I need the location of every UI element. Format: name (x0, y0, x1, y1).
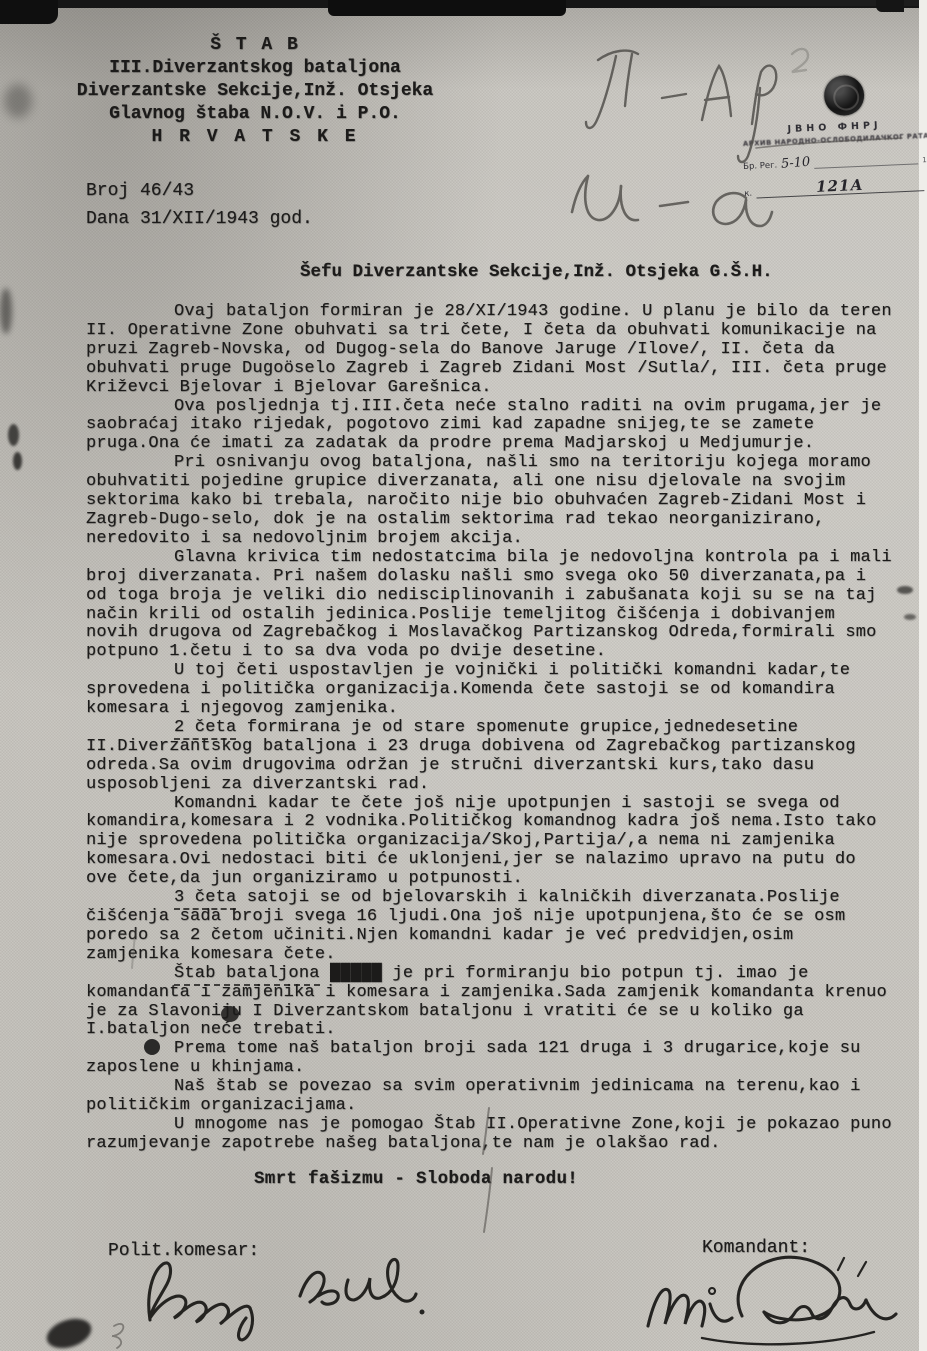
paragraph-text: U toj četi uspostavljen je vojnički i po… (86, 661, 850, 718)
stamp-emblem-icon (823, 75, 865, 117)
stamp-register-value: 5-10 (781, 156, 811, 171)
paragraph-text: Prema tome naš bataljon broji sada 121 d… (86, 1039, 861, 1077)
salutation: Šefu Diverzantske Sekcije,Inž. Otsjeka G… (300, 262, 773, 282)
scan-edge-top-mid (328, 0, 566, 16)
scan-edge-right (919, 0, 927, 1351)
stamp-register-label: Бр. Рег. (743, 161, 778, 172)
scan-edge-top-left (0, 0, 58, 24)
pencil-small-mark (112, 1324, 123, 1348)
letterhead-line: III.Diverzantskog bataljona (38, 57, 472, 80)
paragraph: Komandni kadar te čete još nije upotpunj… (86, 795, 892, 890)
letterhead: Š T A B III.Diverzantskog bataljona Dive… (38, 34, 472, 149)
scan-artifact (897, 586, 913, 594)
stamp-box-row: к. 121А . (742, 175, 927, 199)
paragraph: Štab bataljona █████ je pri formiranju b… (86, 965, 892, 1041)
paragraph: Ova posljednja tj.III.četa neće stalno r… (86, 398, 892, 455)
scan-artifact (13, 452, 22, 470)
paragraph: Pri osnivanju ovog bataljona, našli smo … (86, 454, 892, 549)
document-number: Broj 46/43 (86, 181, 194, 201)
stamp-rule-line (814, 153, 918, 169)
paragraph-text: U mnogome nas je pomogao Štab II.Operati… (86, 1115, 892, 1153)
left-signature-title: Polit.komesar: (108, 1241, 259, 1261)
paragraph: 2 četa formirana je od stare spomenute g… (86, 719, 892, 795)
paragraph: U mnogome nas je pomogao Štab II.Operati… (86, 1116, 892, 1154)
stamp-box-label: к. (744, 189, 752, 199)
closing-slogan: Smrt fašizmu - Sloboda narodu! (254, 1169, 892, 1189)
paragraph: Prema tome naš bataljon broji sada 121 d… (86, 1040, 892, 1078)
stamp-register-row: Бр. Рег. 5-10 1. (741, 151, 927, 172)
scan-artifact (904, 614, 916, 620)
scan-artifact (0, 288, 12, 334)
paragraph: Ovaj bataljon formiran je 28/XI/1943 god… (86, 303, 892, 398)
right-signature (648, 1257, 896, 1344)
letterhead-line: Diverzantske Sekcije,Inž. Otsjeka (38, 80, 472, 103)
ink-blot (43, 1314, 95, 1351)
archive-stamp: ЈВНО ФНРЈ АРХИВ НАРОДНО-ОСЛОБОДИЛАЧКОГ Р… (738, 78, 927, 199)
scan-artifact (4, 84, 32, 118)
letter-body: Ovaj bataljon formiran je 28/XI/1943 god… (86, 303, 892, 1189)
stamp-register-suffix: 1. (922, 156, 927, 164)
paragraph: Glavna krivica tim nedostatcima bila je … (86, 549, 892, 662)
scan-edge-top-nub (876, 0, 904, 12)
paragraph-text: Komandni kadar te čete još nije upotpunj… (86, 794, 877, 889)
paragraph-text: Ovaj bataljon formiran je 28/XI/1943 god… (86, 302, 892, 397)
paragraph: 3 četa satoji se od bjelovarskih i kalni… (86, 889, 892, 965)
right-signature-title: Komandant: (702, 1238, 810, 1258)
letterhead-line: Š T A B (38, 34, 472, 57)
letterhead-line: Glavnog štaba N.O.V. i P.O. (38, 103, 472, 126)
letterhead-line: H R V A T S K E (38, 126, 472, 149)
scan-artifact (8, 424, 19, 446)
paragraph: Naš štab se povezao sa svim operativnim … (86, 1078, 892, 1116)
left-signature (149, 1259, 425, 1340)
paragraph-text: Naš štab se povezao sa svim operativnim … (86, 1077, 861, 1115)
paragraph-text: Pri osnivanju ovog bataljona, našli smo … (86, 453, 871, 548)
paragraph: U toj četi uspostavljen je vojnički i po… (86, 662, 892, 719)
document-date: Dana 31/XII/1943 god. (86, 209, 313, 229)
stamp-rule-line: 121А (756, 175, 924, 198)
paragraph-text: Ova posljednja tj.III.četa neće stalno r… (86, 397, 881, 454)
stamp-box-value: 121А (816, 176, 864, 196)
scanned-document-page: Š T A B III.Diverzantskog bataljona Dive… (0, 0, 927, 1351)
paragraph-text: Glavna krivica tim nedostatcima bila je … (86, 548, 892, 662)
